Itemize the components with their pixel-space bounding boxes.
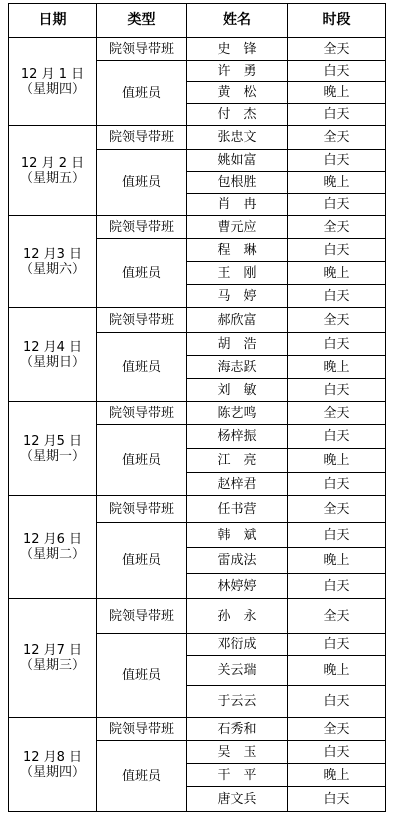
type-staff-cell: 值班员 (97, 523, 187, 599)
weekday-label: （星期六） (9, 262, 96, 277)
name-cell: 任书营 (187, 496, 288, 523)
shift-cell: 白天 (288, 104, 386, 126)
shift-cell: 白天 (288, 285, 386, 308)
name-cell: 石秀和 (187, 718, 288, 741)
table-row: 12 月6 日（星期二）院领导带班任书营全天 (9, 496, 386, 523)
table-row: 12 月8 日（星期四）院领导带班石秀和全天 (9, 718, 386, 741)
name-cell: 胡 浩 (187, 333, 288, 356)
shift-cell: 白天 (288, 61, 386, 82)
shift-cell: 全天 (288, 402, 386, 425)
name-cell: 邓衍成 (187, 634, 288, 656)
type-staff-cell: 值班员 (97, 634, 187, 718)
type-staff-cell: 值班员 (97, 61, 187, 126)
type-leader-cell: 院领导带班 (97, 216, 187, 239)
shift-cell: 白天 (288, 333, 386, 356)
shift-cell: 晚上 (288, 262, 386, 285)
type-leader-cell: 院领导带班 (97, 599, 187, 634)
name-cell: 包根胜 (187, 172, 288, 194)
shift-cell: 白天 (288, 741, 386, 764)
table-row: 12 月5 日（星期一）院领导带班陈艺鸣全天 (9, 402, 386, 425)
date-label: 12 月7 日 (9, 643, 96, 658)
date-label: 12 月6 日 (9, 532, 96, 547)
name-cell: 曹元应 (187, 216, 288, 239)
name-cell: 王 刚 (187, 262, 288, 285)
shift-cell: 白天 (288, 473, 386, 496)
table-row: 12 月3 日（星期六）院领导带班曹元应全天 (9, 216, 386, 239)
name-cell: 杨梓振 (187, 425, 288, 449)
table-row: 12 月 1 日（星期四）院领导带班史 锋全天 (9, 38, 386, 61)
type-leader-cell: 院领导带班 (97, 402, 187, 425)
name-cell: 韩 斌 (187, 523, 288, 548)
date-cell: 12 月 1 日（星期四） (9, 38, 97, 126)
shift-cell: 晚上 (288, 764, 386, 787)
date-label: 12 月4 日 (9, 340, 96, 355)
shift-cell: 晚上 (288, 172, 386, 194)
name-cell: 黄 松 (187, 82, 288, 104)
date-cell: 12 月5 日（星期一） (9, 402, 97, 496)
weekday-label: （星期一） (9, 449, 96, 464)
header-type: 类型 (97, 4, 187, 38)
header-shift: 时段 (288, 4, 386, 38)
shift-cell: 白天 (288, 379, 386, 402)
name-cell: 刘 敏 (187, 379, 288, 402)
name-cell: 于云云 (187, 686, 288, 718)
table-row: 12 月7 日（星期三）院领导带班孙 永全天 (9, 599, 386, 634)
table-row: 12 月4 日（星期日）院领导带班郝欣富全天 (9, 308, 386, 333)
type-staff-cell: 值班员 (97, 239, 187, 308)
name-cell: 雷成法 (187, 548, 288, 574)
name-cell: 干 平 (187, 764, 288, 787)
shift-cell: 白天 (288, 574, 386, 599)
date-label: 12 月 1 日 (9, 67, 96, 82)
date-cell: 12 月3 日（星期六） (9, 216, 97, 308)
type-staff-cell: 值班员 (97, 150, 187, 216)
name-cell: 马 婷 (187, 285, 288, 308)
shift-cell: 全天 (288, 216, 386, 239)
weekday-label: （星期日） (9, 355, 96, 370)
date-label: 12 月8 日 (9, 750, 96, 765)
shift-cell: 晚上 (288, 449, 386, 473)
shift-cell: 全天 (288, 38, 386, 61)
date-cell: 12 月7 日（星期三） (9, 599, 97, 718)
weekday-label: （星期四） (9, 765, 96, 780)
name-cell: 许 勇 (187, 61, 288, 82)
shift-cell: 全天 (288, 599, 386, 634)
name-cell: 陈艺鸣 (187, 402, 288, 425)
shift-cell: 白天 (288, 634, 386, 656)
table-row: 12 月 2 日（星期五）院领导带班张忠文全天 (9, 126, 386, 150)
shift-cell: 全天 (288, 496, 386, 523)
name-cell: 史 锋 (187, 38, 288, 61)
type-staff-cell: 值班员 (97, 333, 187, 402)
type-leader-cell: 院领导带班 (97, 38, 187, 61)
shift-cell: 晚上 (288, 82, 386, 104)
date-cell: 12 月 2 日（星期五） (9, 126, 97, 216)
date-cell: 12 月4 日（星期日） (9, 308, 97, 402)
shift-cell: 白天 (288, 425, 386, 449)
header-date: 日期 (9, 4, 97, 38)
weekday-label: （星期三） (9, 658, 96, 673)
name-cell: 肖 冉 (187, 194, 288, 216)
weekday-label: （星期二） (9, 547, 96, 562)
type-leader-cell: 院领导带班 (97, 308, 187, 333)
type-leader-cell: 院领导带班 (97, 126, 187, 150)
date-label: 12 月 2 日 (9, 156, 96, 171)
name-cell: 程 琳 (187, 239, 288, 262)
name-cell: 姚如富 (187, 150, 288, 172)
date-cell: 12 月8 日（星期四） (9, 718, 97, 812)
shift-cell: 白天 (288, 194, 386, 216)
date-cell: 12 月6 日（星期二） (9, 496, 97, 599)
duty-roster-table: 日期 类型 姓名 时段 12 月 1 日（星期四）院领导带班史 锋全天值班员许 … (8, 3, 386, 812)
shift-cell: 全天 (288, 718, 386, 741)
name-cell: 江 亮 (187, 449, 288, 473)
shift-cell: 全天 (288, 126, 386, 150)
name-cell: 吴 玉 (187, 741, 288, 764)
shift-cell: 晚上 (288, 548, 386, 574)
name-cell: 林婷婷 (187, 574, 288, 599)
name-cell: 郝欣富 (187, 308, 288, 333)
type-leader-cell: 院领导带班 (97, 718, 187, 741)
shift-cell: 晚上 (288, 656, 386, 686)
date-label: 12 月5 日 (9, 434, 96, 449)
type-leader-cell: 院领导带班 (97, 496, 187, 523)
header-name: 姓名 (187, 4, 288, 38)
shift-cell: 全天 (288, 308, 386, 333)
shift-cell: 白天 (288, 787, 386, 812)
date-label: 12 月3 日 (9, 247, 96, 262)
type-staff-cell: 值班员 (97, 425, 187, 496)
shift-cell: 白天 (288, 686, 386, 718)
header-row: 日期 类型 姓名 时段 (9, 4, 386, 38)
weekday-label: （星期四） (9, 82, 96, 97)
shift-cell: 白天 (288, 523, 386, 548)
name-cell: 张忠文 (187, 126, 288, 150)
roster-body: 12 月 1 日（星期四）院领导带班史 锋全天值班员许 勇白天黄 松晚上付 杰白… (9, 38, 386, 812)
name-cell: 付 杰 (187, 104, 288, 126)
name-cell: 赵梓君 (187, 473, 288, 496)
shift-cell: 白天 (288, 239, 386, 262)
name-cell: 孙 永 (187, 599, 288, 634)
weekday-label: （星期五） (9, 171, 96, 186)
name-cell: 关云瑞 (187, 656, 288, 686)
shift-cell: 白天 (288, 150, 386, 172)
name-cell: 海志跃 (187, 356, 288, 379)
type-staff-cell: 值班员 (97, 741, 187, 812)
shift-cell: 晚上 (288, 356, 386, 379)
name-cell: 唐文兵 (187, 787, 288, 812)
